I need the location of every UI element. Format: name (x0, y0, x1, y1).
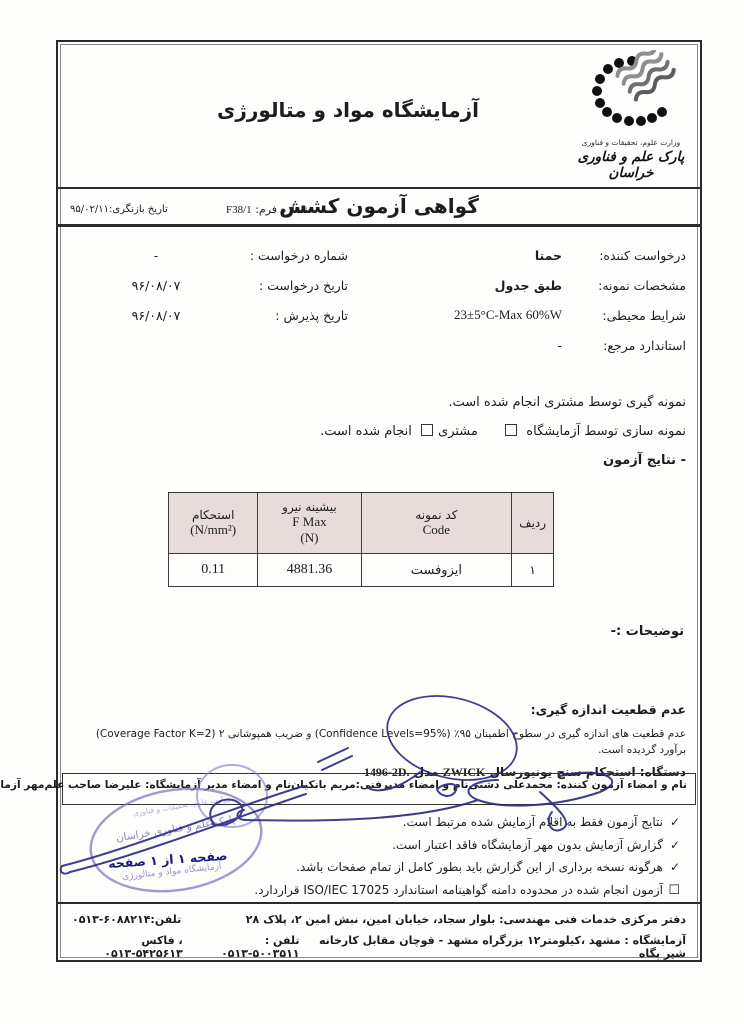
accept-date-label: تاریخ پذیرش : (226, 308, 348, 323)
standard-value: - (557, 338, 578, 353)
office-phone-value: ۰۵۱۳-۶۰۸۸۲۱۴ (72, 913, 150, 926)
results-heading: - نتایج آزمون (320, 446, 686, 475)
park-caption: پارک علم و فناوری خراسان (570, 149, 692, 181)
scanned-certificate-page: آزمایشگاه مواد و متالورژی وزارت علوم، تح… (0, 0, 744, 1024)
standard-label: استاندارد مرجع: (578, 338, 686, 353)
note-item-2: ✓گزارش آزمایش بدون مهر آزمایشگاه فاقد اع… (254, 834, 680, 857)
request-no-value: - (86, 248, 226, 263)
sampling-line2: نمونه سازی توسط آزمایشگاه مشتری انجام شد… (320, 417, 686, 446)
note-text-3: هرگونه نسخه برداری از این گزارش باید بطو… (296, 860, 663, 874)
results-table: ردیف کد نمونه Code بیشینه نیرو F Max (N)… (168, 492, 554, 587)
document-frame: آزمایشگاه مواد و متالورژی وزارت علوم، تح… (56, 40, 702, 962)
office-address: دفتر مرکزی خدمات فنی مهندسی: بلوار سجاد،… (246, 913, 686, 926)
revision-date-label: تاریخ بازنگری: (109, 204, 168, 215)
requester-label: درخواست کننده: (578, 248, 686, 263)
cell-strength: 0.11 (169, 554, 258, 587)
office-phone: تلفن:۰۵۱۳-۶۰۸۸۲۱۴ (72, 913, 181, 926)
check-icon: ✓ (663, 834, 680, 857)
signature-row: نام و امضاء آزمون کننده: محمدعلی دشتی نا… (62, 773, 696, 805)
uncertainty-body: عدم قطعیت های اندازه گیری در سطوح اطمینا… (72, 726, 686, 758)
check-icon: ✓ (663, 856, 680, 879)
ministry-caption: وزارت علوم، تحقیقات و فناوری (570, 138, 692, 147)
info-row-environment: شرایط محیطی: 23±5°C-Max 60%W (356, 300, 686, 330)
lab-checkbox[interactable] (505, 424, 517, 436)
request-date-label: تاریخ درخواست : (226, 278, 348, 293)
lab-title: آزمایشگاه مواد و متالورژی (158, 98, 538, 122)
check-icon: ✓ (663, 811, 680, 834)
col-row-no: ردیف (512, 493, 554, 554)
footer-contact-block: دفتر مرکزی خدمات فنی مهندسی: بلوار سجاد،… (58, 902, 700, 960)
note-text-4: آزمون انجام شده در محدوده دامنه گواهینام… (254, 883, 663, 897)
lab-fax-label: ، فاکس (141, 934, 182, 947)
cell-sample-code: ایزوفست (361, 554, 512, 587)
notes-list: ✓نتایج آزمون فقط به اقلام آزمایش شده مرت… (254, 811, 680, 902)
form-number-value: F38/1 (226, 204, 252, 216)
org-logo: وزارت علوم، تحقیقات و فناوری پارک علم و … (570, 50, 692, 181)
cell-fmax: 4881.36 (258, 554, 361, 587)
sample-prep-customer: مشتری (438, 424, 478, 439)
info-row-request-date: تاریخ درخواست : ۹۶/۰۸/۰۷ (62, 270, 348, 300)
lab-fax-value: ۰۵۱۳-۵۴۲۵۶۱۳ (104, 947, 182, 960)
uncertainty-section: عدم قطعیت اندازه گیری: عدم قطعیت های اند… (72, 702, 686, 780)
sample-prep-suffix: انجام شده است. (320, 424, 412, 439)
form-number-label: شماره فرم: (255, 203, 310, 216)
lab-address: آزمایشگاه : مشهد ،کیلومتر۱۲ بزرگراه مشهد… (312, 934, 687, 960)
col-sample-code: کد نمونه Code (361, 493, 512, 554)
lab-manager-name: نام و امضاء مدیر آزمایشگاه: علیرضا صاحب … (44, 779, 291, 804)
lab-phone-value: ۰۵۱۳-۵۰۰۳۵۱۱ (221, 947, 299, 960)
request-no-label: شماره درخواست : (226, 248, 348, 263)
title-bar: گواهی آزمون کشش شماره فرم: F38/1 تاریخ ب… (58, 187, 700, 227)
lab-fax: ، فاکس ۰۵۱۳-۵۴۲۵۶۱۳ (72, 934, 183, 960)
col-strength: استحکام (N/mm²) (169, 493, 258, 554)
customer-checkbox[interactable] (421, 424, 433, 436)
request-date-value: ۹۶/۰۸/۰۷ (132, 278, 181, 293)
environment-label: شرایط محیطی: (578, 308, 686, 323)
col-fmax: بیشینه نیرو F Max (N) (258, 493, 361, 554)
sample-prep-prefix: نمونه سازی توسط آزمایشگاه (526, 424, 686, 439)
request-info-left-column: شماره درخواست : - تاریخ درخواست : ۹۶/۰۸/… (62, 240, 348, 330)
info-row-standard: استاندارد مرجع: - (356, 330, 686, 360)
note-text-1: نتایج آزمون فقط به اقلام آزمایش شده مرتب… (403, 815, 663, 829)
revision-date: تاریخ بازنگری:۹۵/۰۲/۱۱ (70, 204, 168, 215)
dots-waves-logo-icon (583, 50, 679, 134)
form-number: شماره فرم: F38/1 (226, 203, 311, 216)
note-item-3: ✓هرگونه نسخه برداری از این گزارش باید بط… (254, 856, 680, 879)
sample-spec-label: مشخصات نمونه: (578, 278, 686, 293)
note-item-1: ✓نتایج آزمون فقط به اقلام آزمایش شده مرت… (254, 811, 680, 834)
cell-row-no: ۱ (512, 554, 554, 587)
info-row-request-no: شماره درخواست : - (62, 240, 348, 270)
tech-manager-name: نام و امضاء مدیرفنی:مریم بانکیان (291, 779, 468, 804)
office-phone-label: تلفن: (150, 913, 181, 926)
lab-phone-label: تلفن : (265, 934, 300, 947)
page-count-label: صفحه ۱ از ۱ صفحه (108, 848, 228, 871)
request-info-right-column: درخواست کننده: حمتا مشخصات نمونه: طبق جد… (356, 240, 686, 360)
results-table-row: ۱ ایزوفست 4881.36 0.11 (169, 554, 554, 587)
environment-value: 23±5°C-Max 60%W (454, 307, 578, 323)
lab-phone: تلفن : ۰۵۱۳-۵۰۰۳۵۱۱ (195, 934, 300, 960)
sampling-line1: نمونه گیری توسط مشتری انجام شده است. (320, 388, 686, 417)
sample-spec-value: طبق جدول (495, 278, 578, 293)
note-item-4: ☐آزمون انجام شده در محدوده دامنه گواهینا… (254, 879, 680, 903)
note-text-2: گزارش آزمایش بدون مهر آزمایشگاه فاقد اعت… (392, 838, 663, 852)
sampling-statements: نمونه گیری توسط مشتری انجام شده است. نمو… (320, 388, 686, 475)
accept-date-value: ۹۶/۰۸/۰۷ (132, 308, 181, 323)
requester-value: حمتا (535, 248, 578, 263)
iso-checkbox[interactable]: ☐ (663, 880, 680, 903)
info-row-sample-spec: مشخصات نمونه: طبق جدول (356, 270, 686, 300)
info-row-requester: درخواست کننده: حمتا (356, 240, 686, 270)
uncertainty-heading: عدم قطعیت اندازه گیری: (72, 702, 686, 717)
results-table-header-row: ردیف کد نمونه Code بیشینه نیرو F Max (N)… (169, 493, 554, 554)
revision-date-value: ۹۵/۰۲/۱۱ (70, 204, 109, 215)
lab-stamp-label: مهر آزمایشگاه: (0, 779, 44, 804)
info-row-accept-date: تاریخ پذیرش : ۹۶/۰۸/۰۷ (62, 300, 348, 330)
tester-name: نام و امضاء آزمون کننده: محمدعلی دشتی (469, 779, 687, 804)
remarks-label: توضیحات :- (611, 624, 684, 639)
